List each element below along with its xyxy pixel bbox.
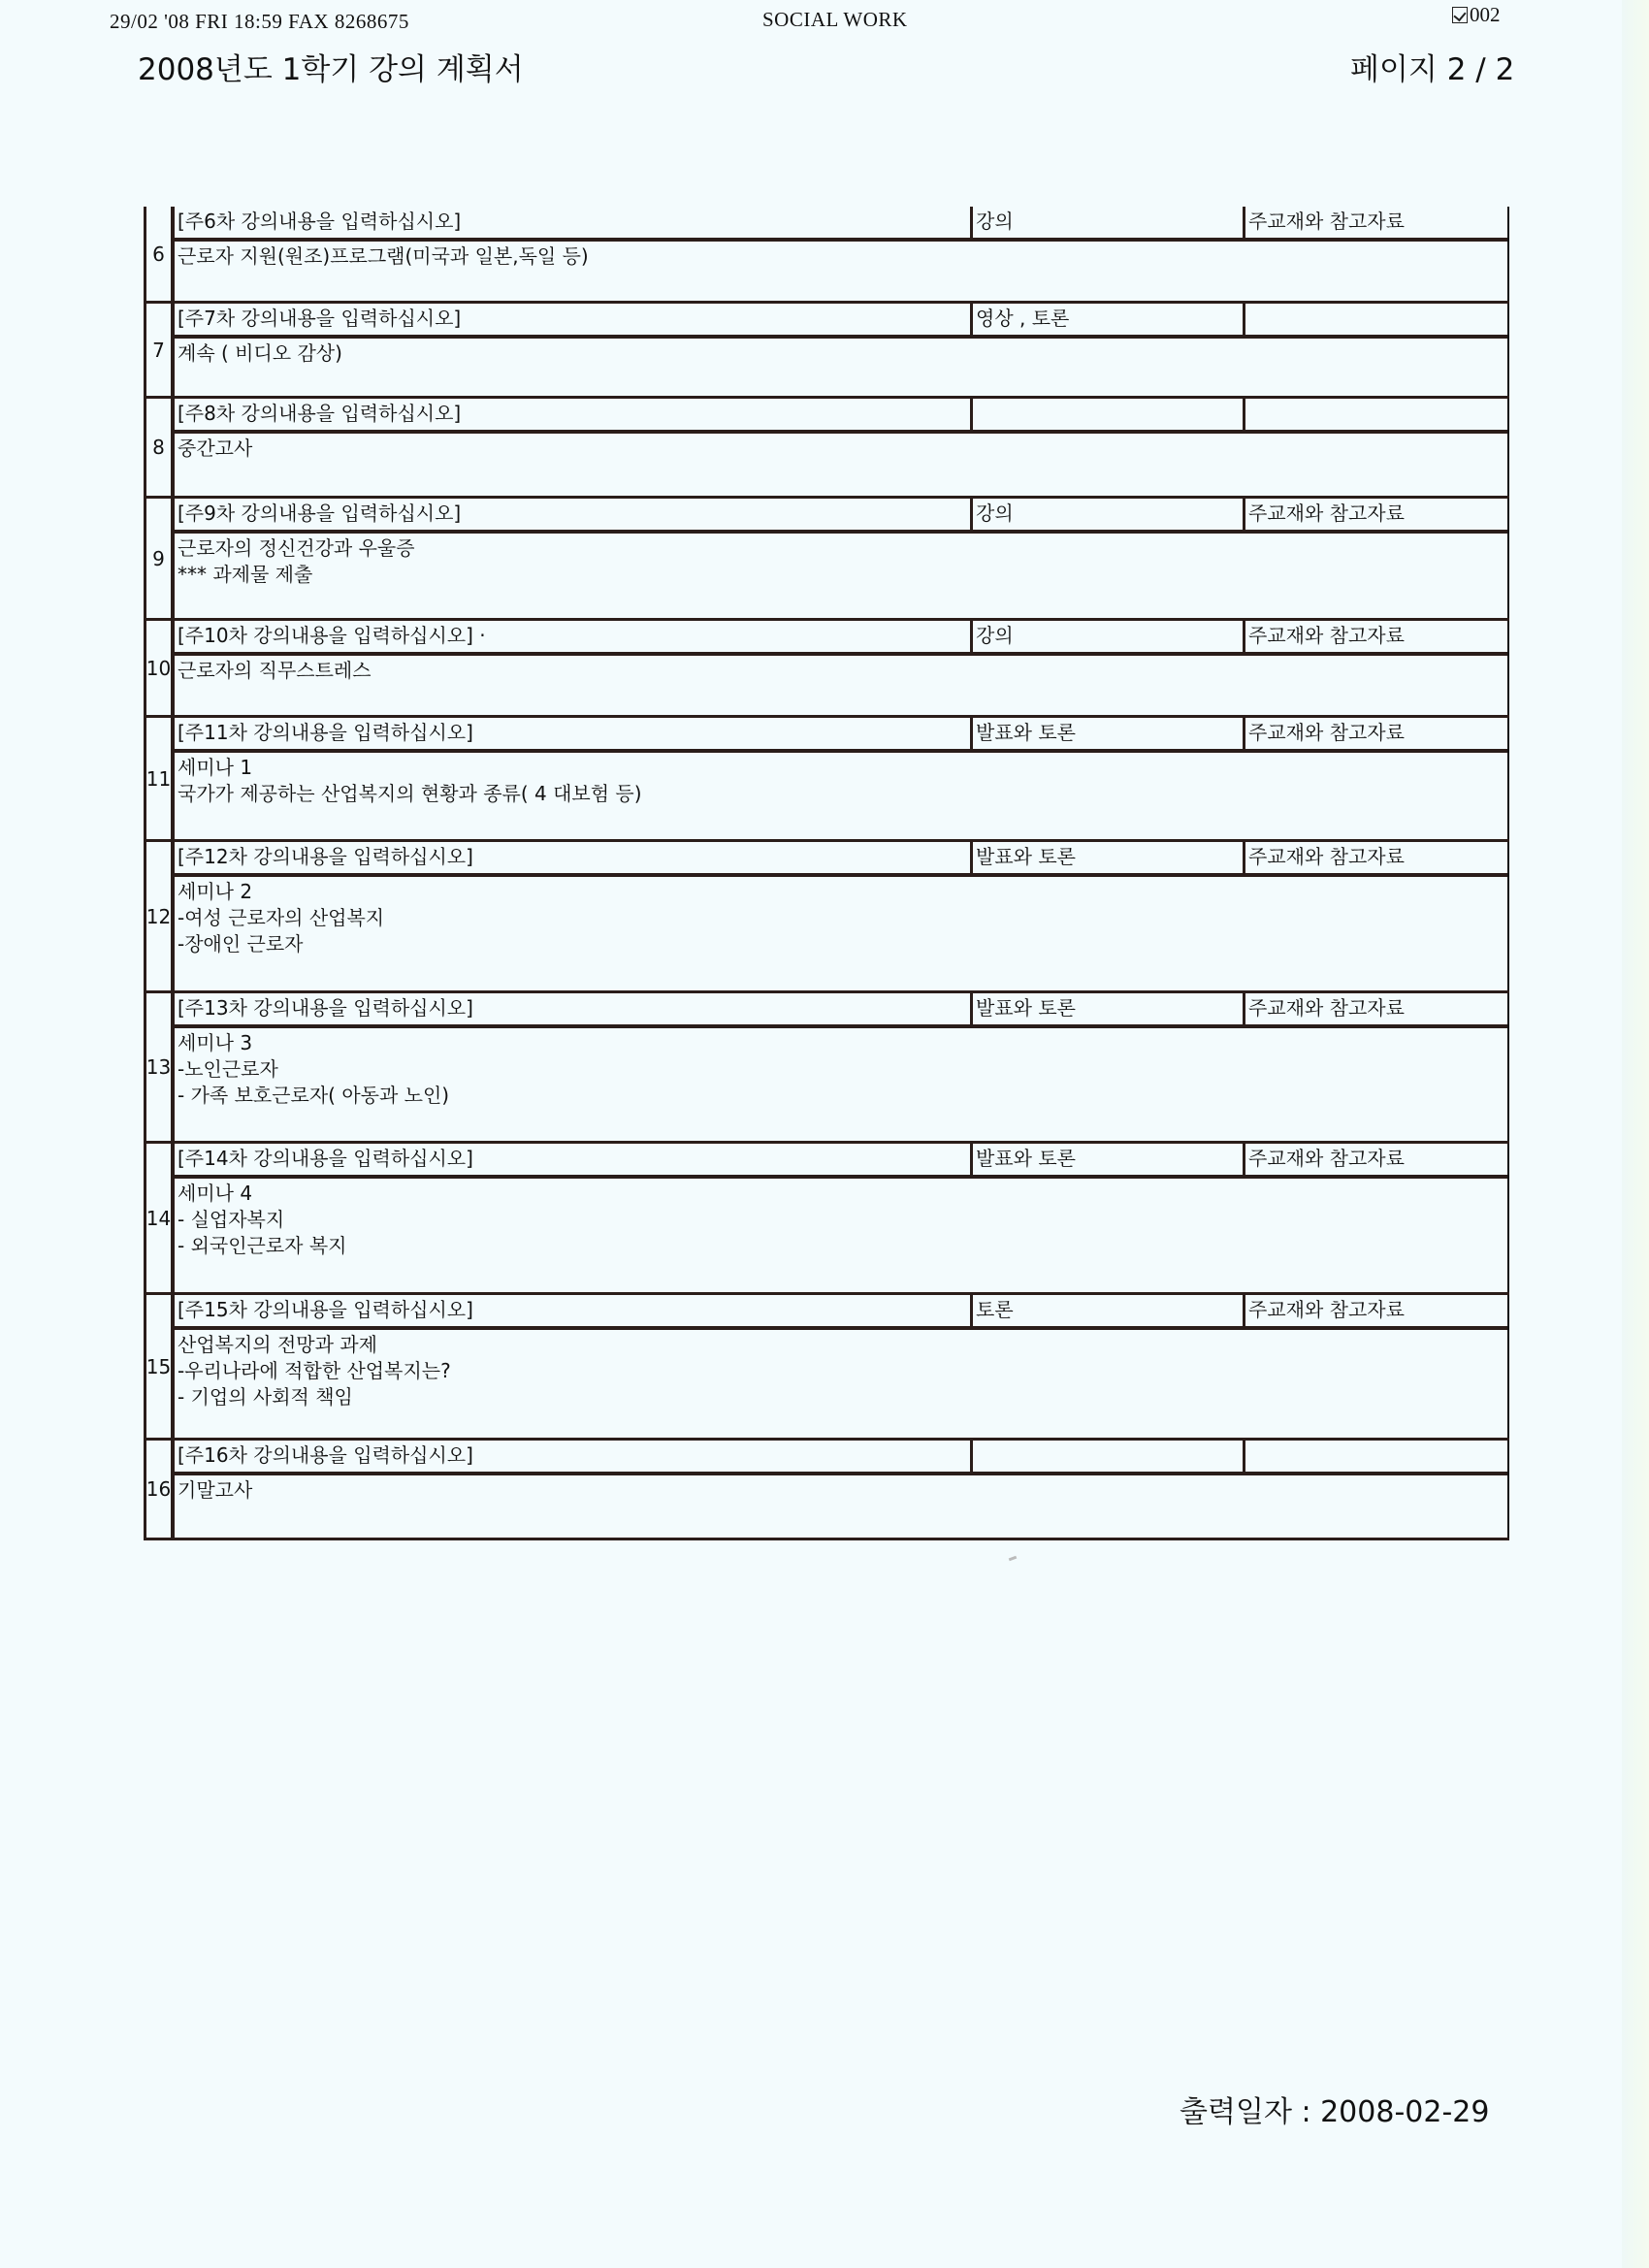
teaching-method: 강의 — [973, 621, 1245, 652]
week-number: 9 — [146, 499, 175, 618]
scan-speck — [1009, 1556, 1018, 1562]
course-materials: 주교재와 참고자료 — [1245, 842, 1507, 873]
teaching-method — [973, 1441, 1245, 1472]
week-body: [주13차 강의내용을 입력하십시오]발표와 토론주교재와 참고자료세미나 3 … — [175, 993, 1509, 1141]
teaching-method: 발표와 토론 — [973, 993, 1245, 1024]
week-header: [주7차 강의내용을 입력하십시오]영상 , 토론 — [175, 304, 1507, 339]
lecture-schedule-table: 6[주6차 강의내용을 입력하십시오]강의주교재와 참고자료근로자 지원(원조)… — [144, 207, 1509, 1540]
week-row: 9[주9차 강의내용을 입력하십시오]강의주교재와 참고자료근로자의 정신건강과… — [146, 496, 1509, 618]
fax-transmission-line: 29/02 '08 FRI 18:59 FAX 8268675 — [110, 10, 409, 34]
week-body: [주14차 강의내용을 입력하십시오]발표와 토론주교재와 참고자료세미나 4 … — [175, 1144, 1509, 1292]
week-content: 세미나 3 -노인근로자 - 가족 보호근로자( 아동과 노인) — [175, 1028, 1507, 1109]
week-number: 10 — [146, 621, 175, 715]
week-number: 13 — [146, 993, 175, 1141]
week-body: [주12차 강의내용을 입력하십시오]발표와 토론주교재와 참고자료세미나 2 … — [175, 842, 1509, 990]
week-header: [주14차 강의내용을 입력하십시오]발표와 토론주교재와 참고자료 — [175, 1144, 1507, 1179]
teaching-method: 발표와 토론 — [973, 718, 1245, 749]
teaching-method: 발표와 토론 — [973, 1144, 1245, 1175]
course-materials: 주교재와 참고자료 — [1245, 621, 1507, 652]
week-row: 8[주8차 강의내용을 입력하십시오]중간고사 — [146, 396, 1509, 496]
week-number: 6 — [146, 207, 175, 301]
fax-page-checkbox-icon — [1452, 7, 1468, 23]
week-body: [주6차 강의내용을 입력하십시오]강의주교재와 참고자료근로자 지원(원조)프… — [175, 207, 1509, 301]
week-number: 12 — [146, 842, 175, 990]
week-title-field: [주13차 강의내용을 입력하십시오] — [175, 993, 973, 1024]
course-materials — [1245, 304, 1507, 335]
week-content: 계속 ( 비디오 감상) — [175, 339, 1507, 367]
week-content: 근로자의 정신건강과 우울증 *** 과제물 제출 — [175, 534, 1507, 588]
week-title-field: [주12차 강의내용을 입력하십시오] — [175, 842, 973, 873]
week-content: 근로자의 직무스트레스 — [175, 656, 1507, 684]
week-title-field: [주8차 강의내용을 입력하십시오] — [175, 399, 973, 430]
page-indicator: 페이지 2 / 2 — [1350, 45, 1514, 88]
week-header: [주12차 강의내용을 입력하십시오]발표와 토론주교재와 참고자료 — [175, 842, 1507, 877]
week-content: 세미나 1 국가가 제공하는 산업복지의 현황과 종류( 4 대보험 등) — [175, 753, 1507, 807]
week-body: [주10차 강의내용을 입력하십시오] ·강의주교재와 참고자료근로자의 직무스… — [175, 621, 1509, 715]
week-content: 근로자 지원(원조)프로그램(미국과 일본,독일 등) — [175, 242, 1507, 270]
week-header: [주11차 강의내용을 입력하십시오]발표와 토론주교재와 참고자료 — [175, 718, 1507, 753]
week-body: [주15차 강의내용을 입력하십시오]토론주교재와 참고자료산업복지의 전망과 … — [175, 1295, 1509, 1438]
week-header: [주6차 강의내용을 입력하십시오]강의주교재와 참고자료 — [175, 207, 1507, 242]
week-content: 세미나 2 -여성 근로자의 산업복지 -장애인 근로자 — [175, 877, 1507, 957]
course-materials: 주교재와 참고자료 — [1245, 993, 1507, 1024]
week-header: [주9차 강의내용을 입력하십시오]강의주교재와 참고자료 — [175, 499, 1507, 534]
week-number: 16 — [146, 1441, 175, 1538]
week-body: [주11차 강의내용을 입력하십시오]발표와 토론주교재와 참고자료세미나 1 … — [175, 718, 1509, 839]
week-title-field: [주7차 강의내용을 입력하십시오] — [175, 304, 973, 335]
week-body: [주7차 강의내용을 입력하십시오]영상 , 토론계속 ( 비디오 감상) — [175, 304, 1509, 396]
week-title-field: [주10차 강의내용을 입력하십시오] · — [175, 621, 973, 652]
week-title-field: [주6차 강의내용을 입력하십시오] — [175, 207, 973, 238]
week-row: 7[주7차 강의내용을 입력하십시오]영상 , 토론계속 ( 비디오 감상) — [146, 301, 1509, 396]
week-content: 세미나 4 - 실업자복지 - 외국인근로자 복지 — [175, 1179, 1507, 1259]
week-number: 11 — [146, 718, 175, 839]
course-materials: 주교재와 참고자료 — [1245, 718, 1507, 749]
teaching-method: 발표와 토론 — [973, 842, 1245, 873]
week-content: 중간고사 — [175, 434, 1507, 462]
week-row: 14[주14차 강의내용을 입력하십시오]발표와 토론주교재와 참고자료세미나 … — [146, 1141, 1509, 1292]
week-header: [주8차 강의내용을 입력하십시오] — [175, 399, 1507, 434]
week-title-field: [주11차 강의내용을 입력하십시오] — [175, 718, 973, 749]
week-header: [주16차 강의내용을 입력하십시오] — [175, 1441, 1507, 1475]
week-number: 14 — [146, 1144, 175, 1292]
week-number: 8 — [146, 399, 175, 496]
week-header: [주10차 강의내용을 입력하십시오] ·강의주교재와 참고자료 — [175, 621, 1507, 656]
week-title-field: [주14차 강의내용을 입력하십시오] — [175, 1144, 973, 1175]
course-materials: 주교재와 참고자료 — [1245, 1295, 1507, 1326]
week-title-field: [주9차 강의내용을 입력하십시오] — [175, 499, 973, 530]
week-body: [주8차 강의내용을 입력하십시오]중간고사 — [175, 399, 1509, 496]
week-row: 12[주12차 강의내용을 입력하십시오]발표와 토론주교재와 참고자료세미나 … — [146, 839, 1509, 990]
fax-sender: SOCIAL WORK — [762, 8, 908, 32]
week-row: 13[주13차 강의내용을 입력하십시오]발표와 토론주교재와 참고자료세미나 … — [146, 990, 1509, 1141]
teaching-method: 강의 — [973, 207, 1245, 238]
week-header: [주13차 강의내용을 입력하십시오]발표와 토론주교재와 참고자료 — [175, 993, 1507, 1028]
week-header: [주15차 강의내용을 입력하십시오]토론주교재와 참고자료 — [175, 1295, 1507, 1330]
course-materials: 주교재와 참고자료 — [1245, 1144, 1507, 1175]
week-row: 15[주15차 강의내용을 입력하십시오]토론주교재와 참고자료산업복지의 전망… — [146, 1292, 1509, 1438]
course-materials — [1245, 399, 1507, 430]
week-title-field: [주15차 강의내용을 입력하십시오] — [175, 1295, 973, 1326]
week-title-field: [주16차 강의내용을 입력하십시오] — [175, 1441, 973, 1472]
week-number: 15 — [146, 1295, 175, 1438]
scan-edge — [1622, 0, 1649, 2268]
week-row: 16[주16차 강의내용을 입력하십시오]기말고사 — [146, 1438, 1509, 1538]
fax-page-number: 002 — [1470, 3, 1501, 27]
week-content: 기말고사 — [175, 1475, 1507, 1504]
teaching-method: 강의 — [973, 499, 1245, 530]
week-row: 6[주6차 강의내용을 입력하십시오]강의주교재와 참고자료근로자 지원(원조)… — [146, 207, 1509, 301]
week-row: 10[주10차 강의내용을 입력하십시오] ·강의주교재와 참고자료근로자의 직… — [146, 618, 1509, 715]
document-title: 2008년도 1학기 강의 계획서 — [138, 45, 524, 88]
teaching-method: 영상 , 토론 — [973, 304, 1245, 335]
week-number: 7 — [146, 304, 175, 396]
teaching-method: 토론 — [973, 1295, 1245, 1326]
course-materials: 주교재와 참고자료 — [1245, 499, 1507, 530]
course-materials: 주교재와 참고자료 — [1245, 207, 1507, 238]
week-body: [주9차 강의내용을 입력하십시오]강의주교재와 참고자료근로자의 정신건강과 … — [175, 499, 1509, 618]
course-materials — [1245, 1441, 1507, 1472]
fax-page-code: 002 — [1452, 3, 1501, 27]
teaching-method — [973, 399, 1245, 430]
week-row: 11[주11차 강의내용을 입력하십시오]발표와 토론주교재와 참고자료세미나 … — [146, 715, 1509, 839]
week-content: 산업복지의 전망과 과제 -우리나라에 적합한 산업복지는? - 기업의 사회적… — [175, 1330, 1507, 1410]
print-date: 출력일자 : 2008-02-29 — [1180, 2088, 1489, 2130]
week-body: [주16차 강의내용을 입력하십시오]기말고사 — [175, 1441, 1509, 1538]
